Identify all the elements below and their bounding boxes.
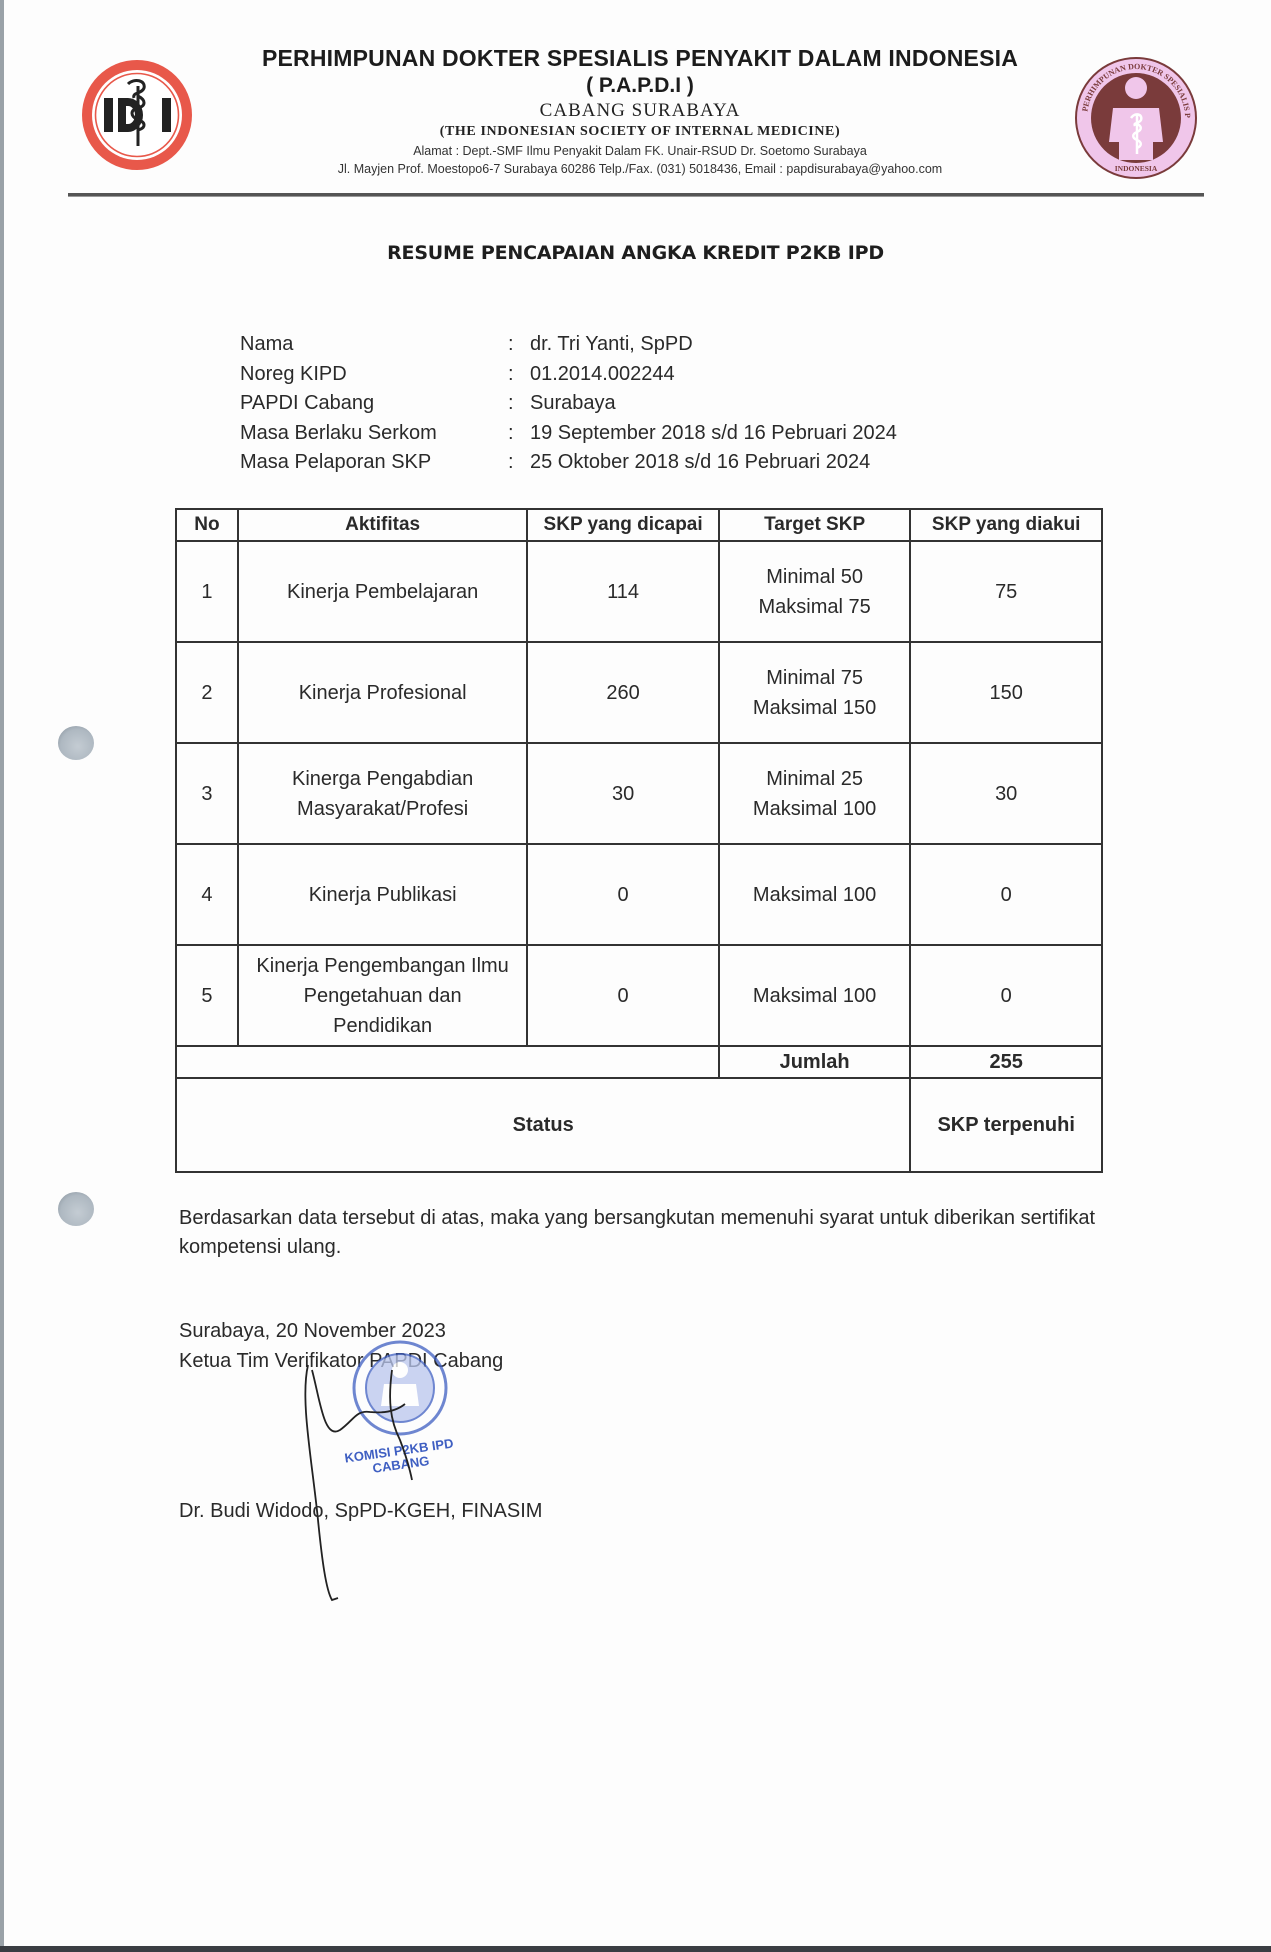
header-target: Target SKP	[719, 509, 911, 541]
cell-achieved: 30	[527, 743, 718, 844]
cell-target: Maksimal 100	[719, 844, 911, 945]
status-row: Status SKP terpenuhi	[176, 1078, 1102, 1172]
activity-line: Kinerja Publikasi	[243, 880, 523, 910]
cell-achieved: 260	[527, 642, 718, 743]
info-row: Nama:dr. Tri Yanti, SpPD	[240, 330, 897, 360]
cell-no: 5	[176, 945, 238, 1046]
target-line: Maksimal 150	[724, 693, 906, 723]
punch-hole-lower	[58, 1192, 94, 1226]
info-separator: :	[508, 333, 530, 356]
info-label: Noreg KIPD	[240, 363, 508, 386]
target-line: Maksimal 75	[724, 592, 906, 622]
total-value: 255	[910, 1046, 1102, 1078]
target-line: Minimal 75	[724, 663, 906, 693]
cell-recognized: 150	[910, 642, 1102, 743]
cell-activity: Kinerja Pengembangan IlmuPengetahuan dan…	[238, 945, 528, 1046]
info-row: Masa Pelaporan SKP:25 Oktober 2018 s/d 1…	[240, 448, 897, 478]
activity-line: Kinerja Pembelajaran	[243, 577, 523, 607]
header-no: No	[176, 509, 238, 541]
status-value: SKP terpenuhi	[910, 1078, 1102, 1172]
cell-achieved: 114	[527, 541, 718, 642]
activity-line: Masyarakat/Profesi	[243, 794, 523, 824]
document-title: RESUME PENCAPAIAN ANGKA KREDIT P2KB IPD	[0, 242, 1271, 264]
conclusion-text: Berdasarkan data tersebut di atas, maka …	[179, 1204, 1139, 1262]
header-activity: Aktifitas	[238, 509, 528, 541]
status-label: Status	[176, 1078, 910, 1172]
cell-target: Minimal 75Maksimal 150	[719, 642, 911, 743]
activity-line: Kinerja Pengembangan Ilmu	[243, 951, 523, 981]
papdi-seal-icon: PERHIMPUNAN DOKTER SPESIALIS PENYAKIT DA…	[1073, 56, 1199, 180]
info-row: PAPDI Cabang:Surabaya	[240, 389, 897, 419]
activity-line: Pendidikan	[243, 1011, 523, 1041]
info-row: Masa Berlaku Serkom:19 September 2018 s/…	[240, 419, 897, 449]
letterhead-divider	[68, 193, 1204, 197]
cell-recognized: 0	[910, 945, 1102, 1046]
cell-target: Minimal 25Maksimal 100	[719, 743, 911, 844]
member-info: Nama:dr. Tri Yanti, SpPDNoreg KIPD:01.20…	[240, 330, 897, 478]
header-achieved: SKP yang dicapai	[527, 509, 718, 541]
table-row: 3Kinerga PengabdianMasyarakat/Profesi30M…	[176, 743, 1102, 844]
page-scan-edge-left	[0, 0, 4, 1952]
info-label: Masa Pelaporan SKP	[240, 451, 508, 474]
info-label: Masa Berlaku Serkom	[240, 422, 508, 445]
header-recognized: SKP yang diakui	[910, 509, 1102, 541]
cell-no: 2	[176, 642, 238, 743]
cell-activity: Kinerja Profesional	[238, 642, 528, 743]
info-row: Noreg KIPD:01.2014.002244	[240, 360, 897, 390]
table-row: 1Kinerja Pembelajaran114Minimal 50Maksim…	[176, 541, 1102, 642]
info-separator: :	[508, 392, 530, 415]
org-branch: CABANG SURABAYA	[180, 100, 1100, 122]
activity-line: Kinerga Pengabdian	[243, 764, 523, 794]
cell-recognized: 30	[910, 743, 1102, 844]
punch-hole-upper	[58, 726, 94, 760]
table-header-row: No Aktifitas SKP yang dicapai Target SKP…	[176, 509, 1102, 541]
cell-activity: Kinerja Publikasi	[238, 844, 528, 945]
cell-no: 3	[176, 743, 238, 844]
info-separator: :	[508, 451, 530, 474]
target-line: Maksimal 100	[724, 880, 906, 910]
total-spacer	[176, 1046, 719, 1078]
info-value: 01.2014.002244	[530, 363, 675, 386]
cell-activity: Kinerja Pembelajaran	[238, 541, 528, 642]
cell-no: 1	[176, 541, 238, 642]
page-scan-edge-bottom	[0, 1946, 1271, 1952]
total-label: Jumlah	[719, 1046, 911, 1078]
cell-recognized: 75	[910, 541, 1102, 642]
info-separator: :	[508, 422, 530, 445]
cell-activity: Kinerga PengabdianMasyarakat/Profesi	[238, 743, 528, 844]
target-line: Maksimal 100	[724, 981, 906, 1011]
svg-text:INDONESIA: INDONESIA	[1115, 164, 1158, 173]
info-value: dr. Tri Yanti, SpPD	[530, 333, 693, 356]
table-row: 4Kinerja Publikasi0Maksimal 1000	[176, 844, 1102, 945]
org-english-name: (THE INDONESIAN SOCIETY OF INTERNAL MEDI…	[180, 124, 1100, 140]
activity-line: Pengetahuan dan	[243, 981, 523, 1011]
activity-line: Kinerja Profesional	[243, 678, 523, 708]
info-value: 25 Oktober 2018 s/d 16 Pebruari 2024	[530, 451, 870, 474]
idi-logo-icon	[78, 56, 196, 174]
org-contact: Jl. Mayjen Prof. Moestopo6-7 Surabaya 60…	[180, 162, 1100, 176]
target-line: Minimal 25	[724, 764, 906, 794]
handwritten-signature-icon	[260, 1360, 460, 1610]
cell-achieved: 0	[527, 844, 718, 945]
cell-recognized: 0	[910, 844, 1102, 945]
target-line: Minimal 50	[724, 562, 906, 592]
org-address: Alamat : Dept.-SMF Ilmu Penyakit Dalam F…	[180, 144, 1100, 158]
cell-achieved: 0	[527, 945, 718, 1046]
table-row: 5Kinerja Pengembangan IlmuPengetahuan da…	[176, 945, 1102, 1046]
org-name: PERHIMPUNAN DOKTER SPESIALIS PENYAKIT DA…	[180, 45, 1100, 72]
info-label: Nama	[240, 333, 508, 356]
cell-no: 4	[176, 844, 238, 945]
info-value: 19 September 2018 s/d 16 Pebruari 2024	[530, 422, 897, 445]
signer-name: Dr. Budi Widodo, SpPD-KGEH, FINASIM	[179, 1500, 542, 1523]
target-line: Maksimal 100	[724, 794, 906, 824]
org-abbreviation: ( P.A.P.D.I )	[180, 74, 1100, 98]
skp-table: No Aktifitas SKP yang dicapai Target SKP…	[175, 508, 1103, 1173]
info-label: PAPDI Cabang	[240, 392, 508, 415]
cell-target: Maksimal 100	[719, 945, 911, 1046]
table-row: 2Kinerja Profesional260Minimal 75Maksima…	[176, 642, 1102, 743]
info-value: Surabaya	[530, 392, 616, 415]
cell-target: Minimal 50Maksimal 75	[719, 541, 911, 642]
total-row: Jumlah 255	[176, 1046, 1102, 1078]
info-separator: :	[508, 363, 530, 386]
